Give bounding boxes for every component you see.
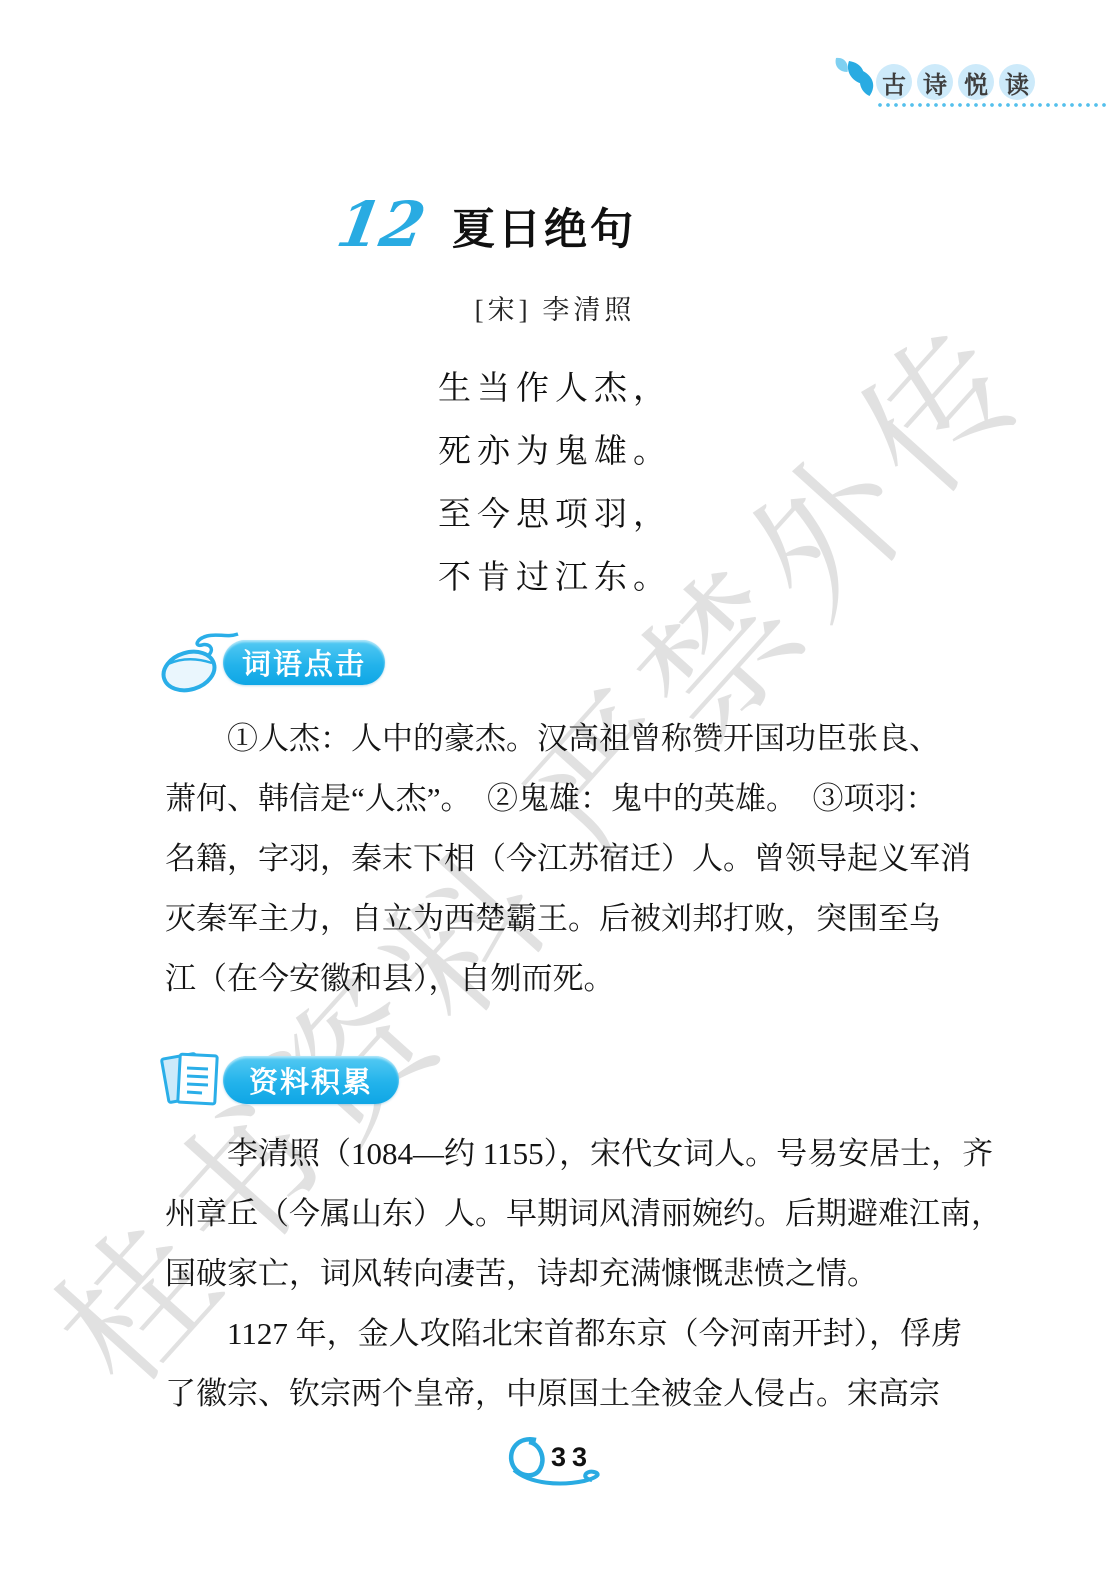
page-title: 夏日绝句 (452, 204, 636, 256)
text-line: 国破家亡，词风转向凄苦，诗却充满慷慨悲愤之情。 (165, 1244, 949, 1304)
section-badge-word-notes: 词语点击 (223, 640, 385, 685)
brand-char: 读 (999, 64, 1035, 100)
series-brand: 古 诗 悦 读 (876, 64, 1035, 100)
documents-icon (160, 1046, 224, 1117)
material-paragraph-1: 李清照（1084—约 1155），宋代女词人。号易安居士，齐 州章丘（今属山东）… (165, 1124, 949, 1304)
text-line: 萧何、韩信是“人杰”。 ②鬼雄：鬼中的英雄。 ③项羽： (165, 769, 949, 829)
poem-line: 死亦为鬼雄。 (0, 421, 1110, 484)
text-line: 1127 年，金人攻陷北宋首都东京（今河南开封），俘虏 (165, 1304, 949, 1364)
section-badge-material: 资料积累 (223, 1056, 399, 1104)
text-line: 了徽宗、钦宗两个皇帝，中原国土全被金人侵占。宋高宗 (165, 1364, 949, 1424)
brand-char: 悦 (958, 64, 994, 100)
poem-line: 生当作人杰， (0, 358, 1110, 421)
page-number: 33 (551, 1442, 593, 1473)
text-line: 名籍，字羽，秦末下相（今江苏宿迁）人。曾领导起义军消 (165, 829, 949, 889)
poem-line: 不肯过江东。 (0, 547, 1110, 610)
poem-author: [宋] 李清照 (0, 288, 1110, 327)
poem-line: 至今思项羽， (0, 484, 1110, 547)
text-line: 李清照（1084—约 1155），宋代女词人。号易安居士，齐 (165, 1124, 949, 1184)
material-paragraph-2: 1127 年，金人攻陷北宋首都东京（今河南开封），俘虏 了徽宗、钦宗两个皇帝，中… (165, 1304, 949, 1424)
brand-char: 古 (876, 64, 912, 100)
leaf-icon (830, 56, 876, 105)
word-notes-paragraph: ①人杰：人中的豪杰。汉高祖曾称赞开国功臣张良、 萧何、韩信是“人杰”。 ②鬼雄：… (165, 709, 949, 1009)
lesson-number: 12 (332, 192, 430, 258)
brand-char: 诗 (917, 64, 953, 100)
poem: 生当作人杰， 死亦为鬼雄。 至今思项羽， 不肯过江东。 (0, 358, 1110, 610)
text-line: 江（在今安徽和县），自刎而死。 (165, 949, 949, 1009)
text-line: 州章丘（今属山东）人。早期词风清丽婉约。后期避难江南， (165, 1184, 949, 1244)
header-dotted-divider (876, 102, 1110, 108)
text-line: ①人杰：人中的豪杰。汉高祖曾称赞开国功臣张良、 (165, 709, 949, 769)
text-line: 灭秦军主力，自立为西楚霸王。后被刘邦打败，突围至乌 (165, 889, 949, 949)
